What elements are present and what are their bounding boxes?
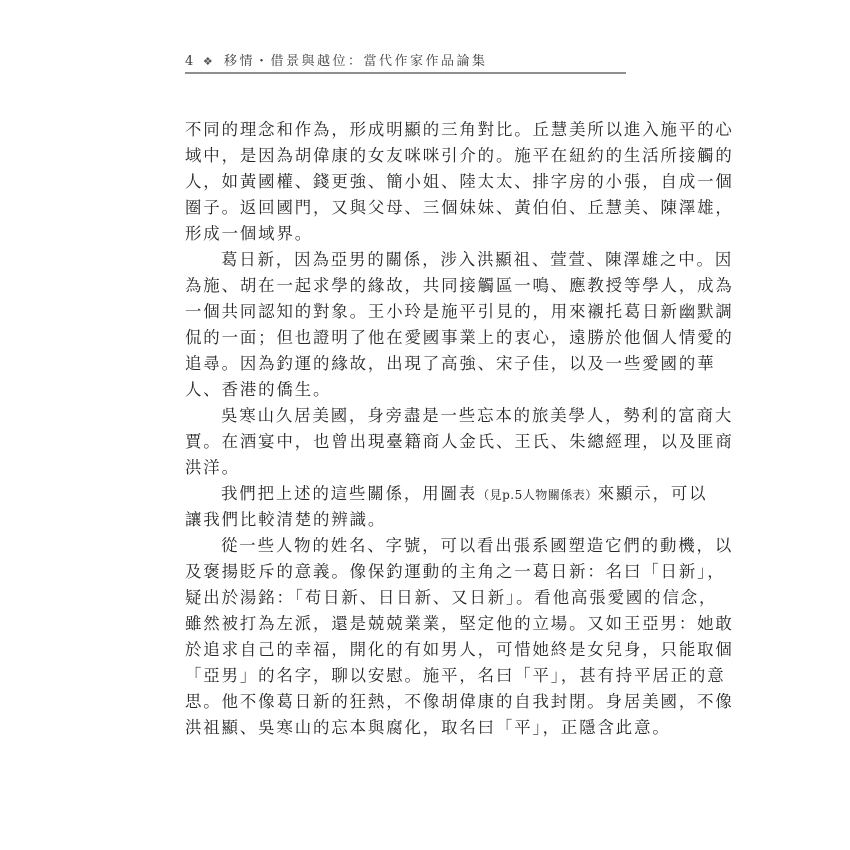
text-line: 洪洋。 [185,455,626,481]
text-line: 洪祖顯、吳寒山的忘本與腐化，取名曰「平」，正隱含此意。 [185,715,626,741]
text-line: 侃的一面；但也證明了他在愛國事業上的衷心，遠勝於他個人情愛的 [185,325,626,351]
text-line: 及褒揚貶斥的意義。像保釣運動的主角之一葛日新：名曰「日新」， [185,559,626,585]
text-line: 從一些人物的姓名、字號，可以看出張系國塑造它們的動機，以 [185,533,626,559]
diamond-ornament-icon: ❖ [203,55,215,68]
body-text: 不同的理念和作為，形成明顯的三角對比。丘慧美所以進入施平的心 域中，是因為胡偉康… [185,117,626,741]
book-title: 移情・借景與越位：當代作家作品論集 [224,54,488,69]
text-line: 賈。在酒宴中，也曾出現臺籍商人金氏、王氏、朱總經理，以及匪商 [185,429,626,455]
text-line: 形成一個域界。 [185,221,626,247]
text-line: 人、香港的僑生。 [185,377,626,403]
page-number: 4 [185,54,194,69]
text-line: 吳寒山久居美國，身旁盡是一些忘本的旅美學人，勢利的富商大 [185,403,626,429]
text-line: 域中，是因為胡偉康的女友咪咪引介的。施平在紐約的生活所接觸的 [185,143,626,169]
text-line: 追尋。因為釣運的緣故，出現了高強、宋子佳，以及一些愛國的華 [185,351,626,377]
text-line: 葛日新，因為亞男的關係，涉入洪顯祖、萱萱、陳澤雄之中。因 [185,247,626,273]
figure-reference: （見p.5人物關係表） [477,488,598,502]
text-line: 疑出於湯銘：「苟日新、日日新、又日新」。看他高張愛國的信念， [185,585,626,611]
text-line: 不同的理念和作為，形成明顯的三角對比。丘慧美所以進入施平的心 [185,117,626,143]
text-line: 思。他不像葛日新的狂熱，不像胡偉康的自我封閉。身居美國，不像 [185,689,626,715]
text-line: 為施、胡在一起求學的緣故，共同接觸區一鳴、應教授等學人，成為 [185,273,626,299]
text-line: 圈子。返回國門，又與父母、三個妹妹、黃伯伯、丘慧美、陳澤雄， [185,195,626,221]
text-line: 人，如黃國權、錢更強、簡小姐、陸太太、排字房的小張，自成一個 [185,169,626,195]
text-line: 我們把上述的這些關係，用圖表（見p.5人物關係表）來顯示，可以 [185,481,626,507]
text-line: 一個共同認知的對象。王小玲是施平引見的，用來襯托葛日新幽默調 [185,299,626,325]
text-segment: 來顯示，可以 [598,484,708,503]
text-segment: 我們把上述的這些關係，用圖表 [221,484,477,503]
running-header: 4 ❖ 移情・借景與越位：當代作家作品論集 [185,55,626,74]
text-line: 「亞男」的名字，聊以安慰。施平，名曰「平」，甚有持平居正的意 [185,663,626,689]
text-line: 雖然被打為左派，還是兢兢業業，堅定他的立場。又如王亞男：她敢 [185,611,626,637]
text-line: 讓我們比較清楚的辨識。 [185,507,626,533]
text-line: 於追求自己的幸福，開化的有如男人，可惜她終是女兒身，只能取個 [185,637,626,663]
